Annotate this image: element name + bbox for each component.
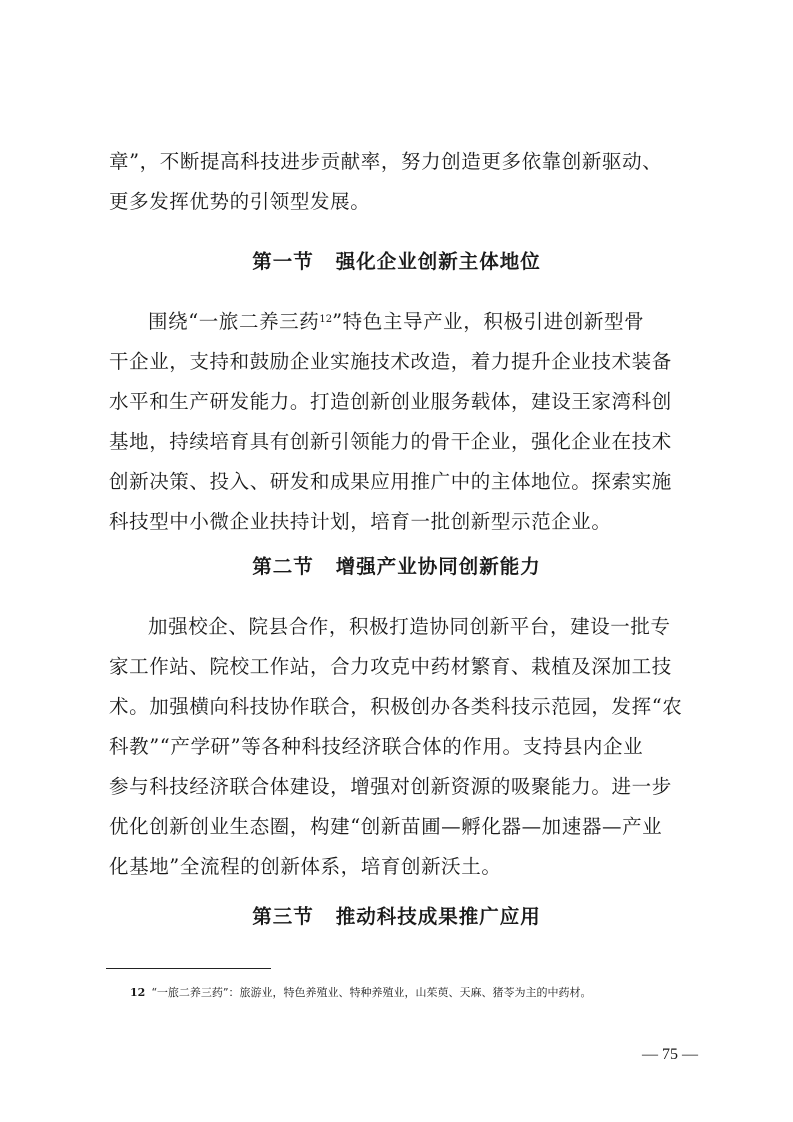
paragraph-line: 加强校企、院县合作，积极打造协同创新平台，建设一批专 [148,615,693,639]
footnote-number: 12 [130,986,145,999]
paragraph-line: 优化创新创业生态圈，构建“创新苗圃—孵化器—加速器—产业 [109,815,693,839]
paragraph-line: 参与科技经济联合体建设，增强对创新资源的吸聚能力。进一步 [109,775,693,799]
section-heading-2: 第二节增强产业协同创新能力 [0,555,793,579]
paragraph-line: 家工作站、院校工作站，合力攻克中药材繁育、栽植及深加工技 [109,655,693,679]
section-heading-3: 第三节推动科技成果推广应用 [0,905,793,929]
paragraph-line: 更多发挥优势的引领型发展。 [109,190,693,214]
text-segment: ”特色主导产业，积极引进创新型骨 [332,310,644,333]
footnote-separator [106,968,271,969]
text-segment: 围绕“一旅二养三药 [148,310,319,333]
paragraph-line: 术。加强横向科技协作联合，积极创办各类科技示范园，发挥“农 [109,695,693,719]
paragraph-line: 基地，持续培育具有创新引领能力的骨干企业，强化企业在技术 [109,430,693,454]
section-number: 第三节 [252,905,314,928]
paragraph-line: 科技型中小微企业扶持计划，培育一批创新型示范企业。 [109,510,693,534]
document-page: 章”，不断提高科技进步贡献率，努力创造更多依靠创新驱动、 更多发挥优势的引领型发… [0,0,793,1122]
page-number: — 75 — [630,1045,710,1065]
section-title: 强化企业创新主体地位 [336,250,541,273]
section-number: 第二节 [252,555,314,578]
section-title: 增强产业协同创新能力 [336,555,541,578]
footnote-reference[interactable]: 12 [319,314,332,325]
section-number: 第一节 [252,250,314,273]
footnote-text: “一旅二养三药”：旅游业，特色养殖业、特种养殖业，山茱萸、天麻、猪苓为主的中药材… [151,986,591,999]
paragraph-line: 创新决策、投入、研发和成果应用推广中的主体地位。探索实施 [109,470,693,494]
paragraph-line: 科教”“产学研”等各种科技经济联合体的作用。支持县内企业 [109,735,693,759]
paragraph-line: 章”，不断提高科技进步贡献率，努力创造更多依靠创新驱动、 [109,150,693,174]
footnote: 12“一旅二养三药”：旅游业，特色养殖业、特种养殖业，山茱萸、天麻、猪苓为主的中… [130,985,730,1001]
paragraph-line: 化基地”全流程的创新体系，培育创新沃土。 [109,855,693,879]
section-heading-1: 第一节强化企业创新主体地位 [0,250,793,274]
paragraph-line: 水平和生产研发能力。打造创新创业服务载体，建设王家湾科创 [109,390,693,414]
paragraph-line: 围绕“一旅二养三药12”特色主导产业，积极引进创新型骨 [148,310,693,334]
section-title: 推动科技成果推广应用 [336,905,541,928]
paragraph-line: 干企业，支持和鼓励企业实施技术改造，着力提升企业技术装备 [109,350,693,374]
